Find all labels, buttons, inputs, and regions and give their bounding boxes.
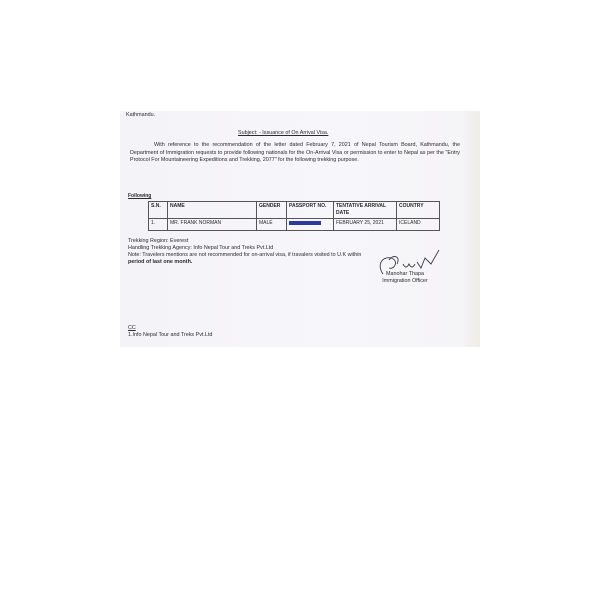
cell-sn: 1. <box>149 219 168 231</box>
cell-country: ICELAND <box>397 219 440 231</box>
note-bold: period of last one month. <box>128 259 192 267</box>
letter-subject: Subject: - Issuance of On Arrival Visa. <box>238 130 328 138</box>
address-line: Kathmandu. <box>126 112 155 120</box>
signatory-title: Immigration Officer <box>370 278 440 286</box>
cc-recipient: 1.Info Nepal Tour and Treks Pvt.Ltd <box>128 332 212 340</box>
table-header-row: S.N. NAME GENDER PASSPORT NO. TENTATIVE … <box>149 202 440 219</box>
header-arrival-date: TENTATIVE ARRIVAL DATE <box>334 202 397 219</box>
cell-gender: MALE <box>257 219 287 231</box>
header-name: NAME <box>168 202 257 219</box>
nationals-table: S.N. NAME GENDER PASSPORT NO. TENTATIVE … <box>148 201 440 231</box>
cell-arrival-date: FEBRUARY 25, 2021 <box>334 219 397 231</box>
scanned-letter: Kathmandu. Subject: - Issuance of On Arr… <box>120 111 480 347</box>
header-country: COUNTRY <box>397 202 440 219</box>
body-paragraph: With reference to the recommendation of … <box>130 142 460 165</box>
header-sn: S.N. <box>149 202 168 219</box>
cell-passport <box>287 219 334 231</box>
header-gender: GENDER <box>257 202 287 219</box>
table-row: 1. MR. FRANK NORMAN MALE FEBRUARY 25, 20… <box>149 219 440 231</box>
header-passport: PASSPORT NO. <box>287 202 334 219</box>
following-label: Following <box>128 193 151 201</box>
passport-redaction <box>289 221 321 225</box>
cell-name: MR. FRANK NORMAN <box>168 219 257 231</box>
